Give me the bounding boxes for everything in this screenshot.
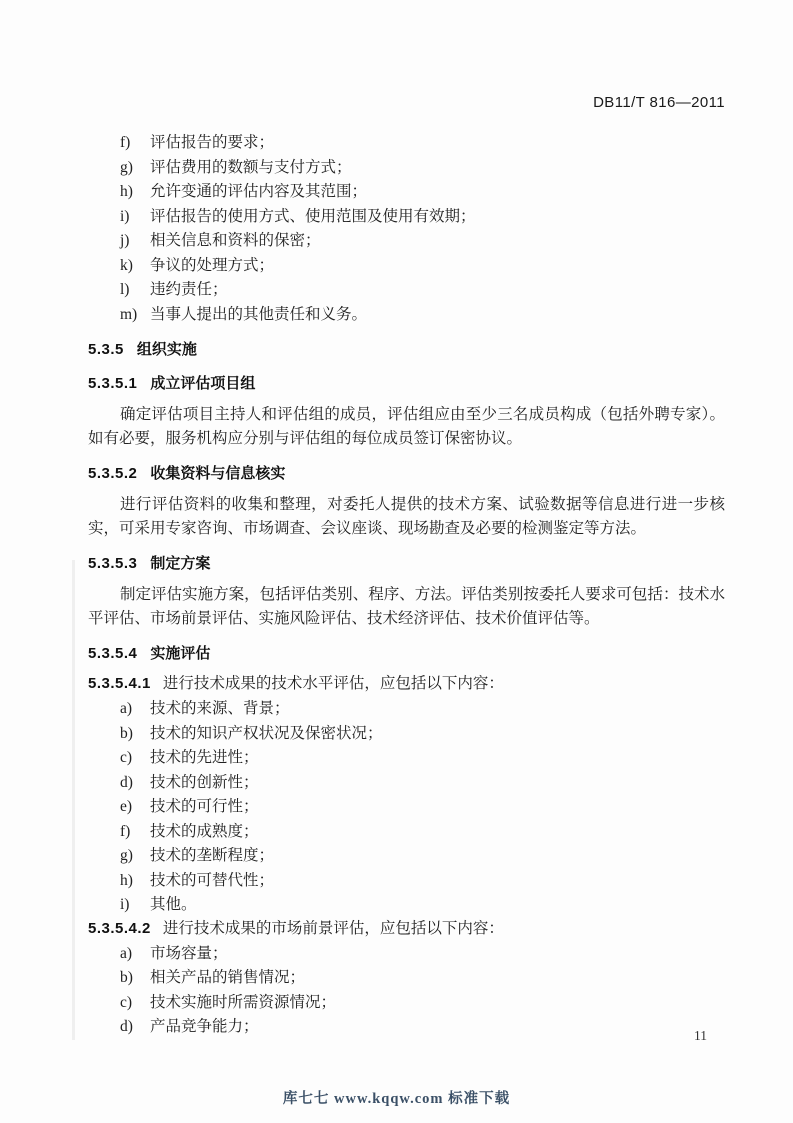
list-item-h: h)技术的可替代性； — [88, 869, 725, 894]
list-item-letter: c) — [120, 991, 150, 1016]
section-number: 5.3.5.1 — [88, 375, 137, 392]
list-item-letter: h) — [120, 180, 150, 205]
list-item-text: 技术的创新性； — [150, 774, 259, 791]
list-item-text: 相关产品的销售情况； — [150, 969, 305, 986]
list-item-i: i)评估报告的使用方式、使用范围及使用有效期； — [88, 205, 725, 230]
list-item-letter: h) — [120, 869, 150, 894]
list-item-letter: g) — [120, 156, 150, 181]
section-title: 组织实施 — [137, 341, 197, 358]
list-item-letter: d) — [120, 1015, 150, 1040]
list-item-b: b)相关产品的销售情况； — [88, 966, 725, 991]
list-item-f: f)评估报告的要求； — [88, 131, 725, 156]
list-item-text: 技术的先进性； — [150, 749, 259, 766]
paragraph-text: 进行评估资料的收集和整理，对委托人提供的技术方案、试验数据等信息进行进一步核实，… — [88, 496, 725, 537]
section-number: 5.3.5 — [88, 341, 124, 358]
section-number: 5.3.5.4 — [88, 645, 137, 662]
section-title: 实施评估 — [150, 645, 210, 662]
list-item-text: 技术的成熟度； — [150, 823, 259, 840]
scan-artifact-line — [72, 560, 75, 1040]
list-item-d: d)技术的创新性； — [88, 771, 725, 796]
list-item-letter: j) — [120, 229, 150, 254]
paragraph: 进行评估资料的收集和整理，对委托人提供的技术方案、试验数据等信息进行进一步核实，… — [88, 493, 725, 541]
list-item-letter: i) — [120, 893, 150, 918]
list-item-c: c)技术的先进性； — [88, 746, 725, 771]
list-item-text: 技术的垄断程度； — [150, 847, 274, 864]
header-doc-code: DB11/T 816—2011 — [593, 94, 725, 111]
list-item-b: b)技术的知识产权状况及保密状况； — [88, 722, 725, 747]
section-title: 收集资料与信息核实 — [150, 465, 285, 482]
clause-5.3.5.4.2: 5.3.5.4.2进行技术成果的市场前景评估，应包括以下内容： — [88, 918, 725, 940]
list-item-text: 违约责任； — [150, 281, 228, 298]
list-item-text: 评估报告的使用方式、使用范围及使用有效期； — [150, 208, 476, 225]
paragraph-text: 制定评估实施方案，包括评估类别、程序、方法。评估类别按委托人要求可包括：技术水平… — [88, 586, 725, 627]
list-item-letter: c) — [120, 746, 150, 771]
list-item-a: a)市场容量； — [88, 942, 725, 967]
list-item-text: 技术的可替代性； — [150, 872, 274, 889]
list-item-text: 评估报告的要求； — [150, 134, 274, 151]
paragraph: 制定评估实施方案，包括评估类别、程序、方法。评估类别按委托人要求可包括：技术水平… — [88, 583, 725, 631]
section-number: 5.3.5.2 — [88, 465, 137, 482]
list-item-letter: f) — [120, 820, 150, 845]
list-item-m: m)当事人提出的其他责任和义务。 — [88, 303, 725, 328]
list-item-letter: b) — [120, 722, 150, 747]
list-item-text: 技术的知识产权状况及保密状况； — [150, 725, 383, 742]
list-item-e: e)技术的可行性； — [88, 795, 725, 820]
list-item-g: g)评估费用的数额与支付方式； — [88, 156, 725, 181]
list-item-text: 允许变通的评估内容及其范围； — [150, 183, 367, 200]
list-item-d: d)产品竞争能力； — [88, 1015, 725, 1040]
list-item-letter: d) — [120, 771, 150, 796]
clause-number: 5.3.5.4.1 — [88, 675, 151, 692]
list-item-text: 争议的处理方式； — [150, 257, 274, 274]
paragraph: 确定评估项目主持人和评估组的成员，评估组应由至少三名成员构成（包括外聘专家）。如… — [88, 403, 725, 451]
list-item-letter: a) — [120, 942, 150, 967]
section-heading-5.3.5.2: 5.3.5.2收集资料与信息核实 — [88, 463, 725, 485]
section-heading-5.3.5: 5.3.5组织实施 — [88, 339, 725, 361]
list-item-h: h)允许变通的评估内容及其范围； — [88, 180, 725, 205]
page-number: 11 — [694, 1028, 707, 1044]
section-title: 成立评估项目组 — [150, 375, 255, 392]
list-item-text: 技术实施时所需资源情况； — [150, 994, 336, 1011]
list-item-letter: l) — [120, 278, 150, 303]
list-item-text: 技术的来源、背景； — [150, 700, 290, 717]
list-item-f: f)技术的成熟度； — [88, 820, 725, 845]
clause-number: 5.3.5.4.2 — [88, 920, 151, 937]
list-item-letter: g) — [120, 844, 150, 869]
list-item-letter: m) — [120, 303, 150, 328]
document-page: DB11/T 816—2011 f)评估报告的要求；g)评估费用的数额与支付方式… — [0, 0, 793, 1123]
section-number: 5.3.5.3 — [88, 555, 137, 572]
list-item-c: c)技术实施时所需资源情况； — [88, 991, 725, 1016]
list-item-text: 其他。 — [150, 896, 197, 913]
paragraph-text: 确定评估项目主持人和评估组的成员，评估组应由至少三名成员构成（包括外聘专家）。如… — [88, 406, 725, 447]
list-item-text: 相关信息和资料的保密； — [150, 232, 321, 249]
document-content: f)评估报告的要求；g)评估费用的数额与支付方式；h)允许变通的评估内容及其范围… — [88, 131, 725, 1040]
list-item-text: 评估费用的数额与支付方式； — [150, 159, 352, 176]
list-item-k: k)争议的处理方式； — [88, 254, 725, 279]
list-item-text: 当事人提出的其他责任和义务。 — [150, 306, 367, 323]
section-heading-5.3.5.3: 5.3.5.3制定方案 — [88, 553, 725, 575]
section-heading-5.3.5.1: 5.3.5.1成立评估项目组 — [88, 373, 725, 395]
section-heading-5.3.5.4: 5.3.5.4实施评估 — [88, 643, 725, 665]
list-item-g: g)技术的垄断程度； — [88, 844, 725, 869]
list-item-l: l)违约责任； — [88, 278, 725, 303]
list-item-text: 市场容量； — [150, 945, 228, 962]
list-item-letter: k) — [120, 254, 150, 279]
list-item-letter: e) — [120, 795, 150, 820]
clause-text: 进行技术成果的市场前景评估，应包括以下内容： — [163, 920, 504, 937]
list-item-letter: i) — [120, 205, 150, 230]
list-item-i: i)其他。 — [88, 893, 725, 918]
list-item-letter: a) — [120, 697, 150, 722]
list-item-letter: b) — [120, 966, 150, 991]
clause-5.3.5.4.1: 5.3.5.4.1进行技术成果的技术水平评估，应包括以下内容： — [88, 673, 725, 695]
list-item-j: j)相关信息和资料的保密； — [88, 229, 725, 254]
list-item-text: 产品竞争能力； — [150, 1018, 259, 1035]
list-item-a: a)技术的来源、背景； — [88, 697, 725, 722]
watermark-text: 库七七 www.kqqw.com 标准下载 — [0, 1087, 793, 1108]
clause-text: 进行技术成果的技术水平评估，应包括以下内容： — [163, 675, 504, 692]
list-item-text: 技术的可行性； — [150, 798, 259, 815]
section-title: 制定方案 — [150, 555, 210, 572]
list-item-letter: f) — [120, 131, 150, 156]
